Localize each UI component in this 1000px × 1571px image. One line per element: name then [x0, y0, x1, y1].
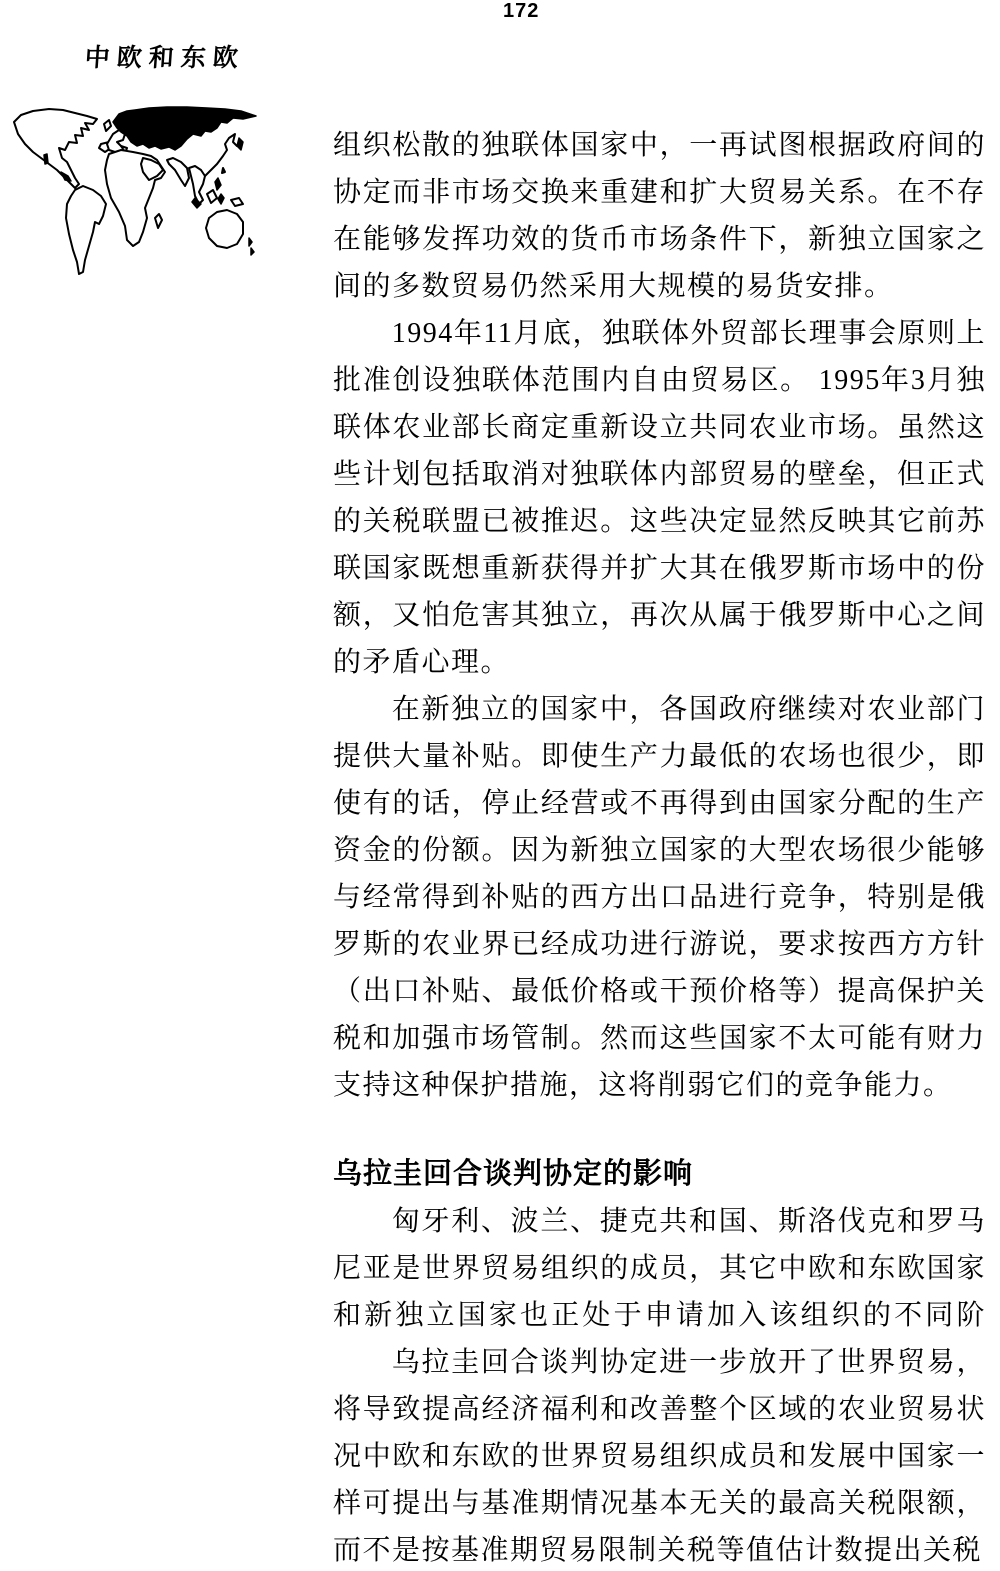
map-britain [104, 120, 111, 131]
section-header: 中欧和东欧 [84, 38, 247, 74]
world-map-icon [8, 106, 266, 286]
map-australia [206, 210, 243, 248]
map-north-america [14, 109, 97, 188]
body-text-column: 组织松散的独联体国家中，一再试图根据政府间的协定而非市场交换来重建和扩大贸易关系… [333, 122, 986, 1571]
document-page: 172 中欧和东欧 [0, 0, 1000, 1571]
map-west-coast-mark [44, 154, 48, 164]
page-number: 172 [503, 0, 539, 23]
paragraph: 匈牙利、波兰、捷克共和国、斯洛伐克和罗马尼亚是世界贸易组织的成员，其它中欧和东欧… [333, 1198, 986, 1339]
paragraph: 组织松散的独联体国家中，一再试图根据政府间的协定而非市场交换来重建和扩大贸易关系… [333, 122, 986, 310]
map-philippines [215, 178, 221, 190]
paragraph: 在新独立的国家中，各国政府继续对农业部门提供大量补贴。即使生产力最低的农场也很少… [333, 686, 986, 1109]
world-map-figure [8, 106, 266, 286]
section-heading: 乌拉圭回合谈判协定的影响 [333, 1151, 986, 1198]
map-new-zealand [249, 238, 254, 255]
map-southeast-asia [189, 166, 205, 204]
map-new-guinea [231, 198, 243, 206]
map-india [167, 158, 189, 186]
map-borneo [207, 190, 217, 203]
map-south-america [66, 186, 106, 274]
map-madagascar [155, 214, 162, 228]
map-taiwan [222, 168, 225, 173]
map-sulawesi [218, 194, 224, 204]
map-japan [237, 138, 243, 150]
paragraph: 1994年11月底，独联体外贸部长理事会原则上批准创设独联体范围内自由贸易区。 … [333, 310, 986, 686]
paragraph: 乌拉圭回合谈判协定进一步放开了世界贸易，将导致提高经济福利和改善整个区域的农业贸… [333, 1339, 986, 1571]
map-china-coast [205, 134, 237, 176]
